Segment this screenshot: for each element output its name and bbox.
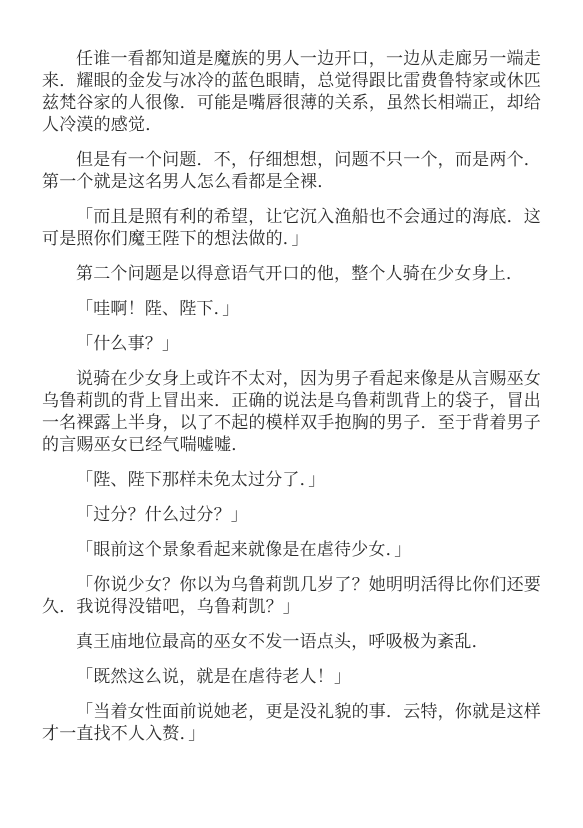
paragraph-13: 「既然这么说，就是在虐待老人！」 — [42, 666, 541, 688]
paragraph-10: 「眼前这个景象看起来就像是在虐待少女．」 — [42, 539, 541, 561]
paragraph-6: 「什么事？」 — [42, 333, 541, 355]
paragraph-4: 第二个问题是以得意语气开口的他，整个人骑在少女身上． — [42, 263, 541, 285]
paragraph-5: 「哇啊！陛、陛下．」 — [42, 298, 541, 320]
paragraph-1: 任谁一看都知道是魔族的男人一边开口，一边从走廊另一端走来．耀眼的金发与冰冷的蓝色… — [42, 48, 541, 136]
paragraph-11: 「你说少女？你以为乌鲁莉凯几岁了？她明明活得比你们还要久．我说得没错吧，乌鲁莉凯… — [42, 574, 541, 618]
paragraph-12: 真王庙地位最高的巫女不发一语点头，呼吸极为紊乱． — [42, 631, 541, 653]
novel-page: 任谁一看都知道是魔族的男人一边开口，一边从走廊另一端走来．耀眼的金发与冰冷的蓝色… — [0, 0, 583, 828]
paragraph-2: 但是有一个问题．不，仔细想想，问题不只一个，而是两个．第一个就是这名男人怎么看都… — [42, 149, 541, 193]
paragraph-3: 「而且是照有利的希望，让它沉入渔船也不会通过的海底．这可是照你们魔王陛下的想法做… — [42, 206, 541, 250]
paragraph-7: 说骑在少女身上或许不太对，因为男子看起来像是从言赐巫女乌鲁莉凯的背上冒出来．正确… — [42, 368, 541, 456]
paragraph-9: 「过分？什么过分？」 — [42, 504, 541, 526]
paragraph-8: 「陛、陛下那样未免太过分了．」 — [42, 469, 541, 491]
paragraph-14: 「当着女性面前说她老，更是没礼貌的事．云特，你就是这样才一直找不人入赘．」 — [42, 701, 541, 745]
